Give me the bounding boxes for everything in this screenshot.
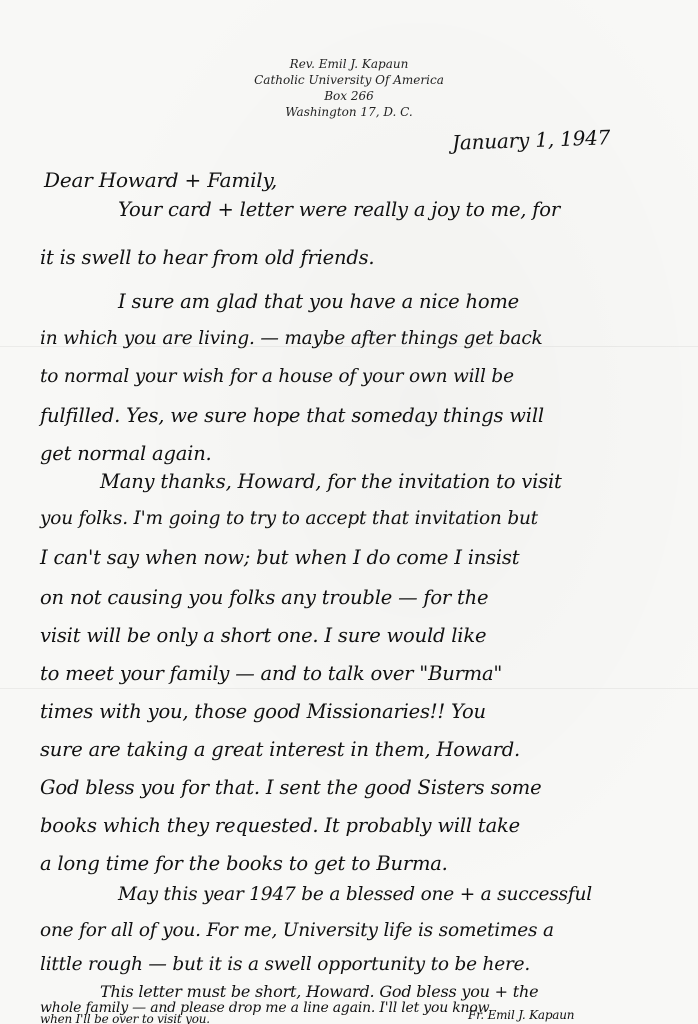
body-line: I sure am glad that you have a nice home xyxy=(118,290,519,313)
body-line: Many thanks, Howard, for the invitation … xyxy=(100,470,562,493)
body-line: books which they requested. It probably … xyxy=(40,814,520,837)
letterhead-city: Washington 17, D. C. xyxy=(0,104,698,120)
body-line: to normal your wish for a house of your … xyxy=(40,366,514,387)
body-line: May this year 1947 be a blessed one + a … xyxy=(118,884,592,905)
letterhead: Rev. Emil J. Kapaun Catholic University … xyxy=(0,56,698,120)
body-line: times with you, those good Missionaries!… xyxy=(40,700,486,723)
body-line: on not causing you folks any trouble — f… xyxy=(40,586,488,609)
letterhead-name: Rev. Emil J. Kapaun xyxy=(0,56,698,72)
letterhead-institution: Catholic University Of America xyxy=(0,72,698,88)
body-line: get normal again. xyxy=(40,442,212,465)
letterhead-box: Box 266 xyxy=(0,88,698,104)
signature: Fr. Emil J. Kapaun xyxy=(468,1008,574,1022)
body-line: to meet your family — and to talk over "… xyxy=(40,662,502,685)
body-line: when I'll be over to visit you. xyxy=(40,1012,210,1024)
body-line: you folks. I'm going to try to accept th… xyxy=(40,508,538,529)
body-line: little rough — but it is a swell opportu… xyxy=(40,954,530,975)
body-line: I can't say when now; but when I do come… xyxy=(40,546,519,569)
salutation: Dear Howard + Family, xyxy=(44,168,277,192)
body-line: Your card + letter were really a joy to … xyxy=(118,198,560,221)
body-line: This letter must be short, Howard. God b… xyxy=(100,982,538,1001)
paper-crease xyxy=(0,346,698,347)
body-line: sure are taking a great interest in them… xyxy=(40,738,520,761)
body-line: God bless you for that. I sent the good … xyxy=(40,776,541,799)
body-line: a long time for the books to get to Burm… xyxy=(40,852,448,875)
body-line: one for all of you. For me, University l… xyxy=(40,920,554,941)
body-line: fulfilled. Yes, we sure hope that someda… xyxy=(40,404,544,427)
body-line: visit will be only a short one. I sure w… xyxy=(40,624,486,647)
body-line: it is swell to hear from old friends. xyxy=(40,246,374,269)
paper-crease xyxy=(0,688,698,689)
